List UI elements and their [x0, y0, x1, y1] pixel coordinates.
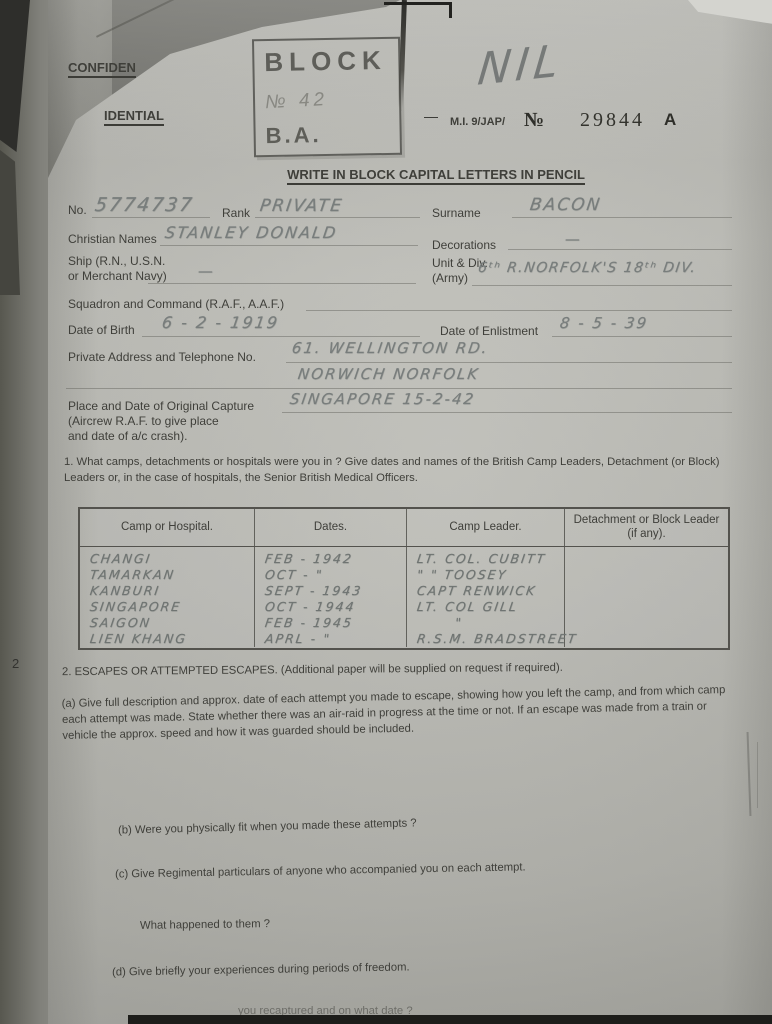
- field-decorations-value: —: [564, 230, 584, 248]
- form-line: [508, 249, 732, 250]
- instruction-text: WRITE IN BLOCK CAPITAL LETTERS IN PENCIL: [287, 167, 585, 185]
- classification-header-top: CONFIDEN: [68, 60, 136, 76]
- camp-cell: KANBURI: [89, 583, 255, 598]
- paper-fold-mark: [757, 742, 758, 808]
- nil-pencil-annotation: NIL: [476, 35, 566, 96]
- field-no-label: No.: [68, 203, 87, 218]
- form-line: [148, 283, 416, 284]
- classification-header-bottom: IDENTIAL: [104, 108, 164, 124]
- leader-cell: R.S.M. BRADSTREET: [416, 631, 565, 646]
- column-leaders: LT. COL. CUBITT " " TOOSEY CAPT RENWICK …: [407, 547, 565, 647]
- header-detachment-leader: Detachment or Block Leader (if any).: [565, 509, 728, 546]
- underlying-page-line: [449, 2, 452, 18]
- field-rank-value: PRIVATE: [259, 196, 345, 216]
- stamp-line-3: B.A.: [265, 121, 389, 149]
- dates-cell: OCT - 1944: [264, 599, 407, 614]
- form-line: [282, 412, 732, 413]
- field-rank-label: Rank: [222, 206, 250, 221]
- question-2c2-text: What happened to them ?: [140, 917, 270, 933]
- dates-cell: OCT - ": [264, 567, 407, 582]
- leader-cell: " " TOOSEY: [416, 567, 565, 582]
- classification-text: CONFIDEN: [68, 60, 136, 78]
- form-line: [66, 388, 732, 389]
- capture-label-line1: Place and Date of Original Capture: [68, 399, 254, 413]
- leader-cell: LT. COL GILL: [416, 599, 565, 614]
- form-line: [255, 217, 420, 218]
- block-stamp: BLOCK № 42 B.A.: [252, 37, 402, 158]
- camps-table: Camp or Hospital. Dates. Camp Leader. De…: [78, 507, 730, 650]
- capture-label-line2: (Aircrew R.A.F. to give place: [68, 414, 219, 428]
- dates-cell: FEB - 1945: [264, 615, 407, 630]
- field-ship-label: Ship (R.N., U.S.N. or Merchant Navy): [68, 254, 167, 284]
- capture-label-line3: and date of a/c crash).: [68, 429, 187, 443]
- field-address-label: Private Address and Telephone No.: [68, 350, 256, 365]
- form-line: [306, 310, 732, 311]
- field-christian-names-value: STANLEY DONALD: [164, 223, 339, 242]
- field-no-value: 5774737: [93, 194, 195, 216]
- leader-cell: LT. COL. CUBITT: [416, 551, 565, 566]
- form-line: [472, 285, 732, 286]
- field-surname-label: Surname: [432, 206, 481, 221]
- field-squadron-label: Squadron and Command (R.A.F., A.A.F.): [68, 297, 284, 312]
- question-1-text: 1. What camps, detachments or hospitals …: [64, 455, 732, 487]
- field-dob-label: Date of Birth: [68, 323, 135, 338]
- serial-suffix: A: [664, 109, 676, 130]
- field-ship-value: —: [197, 262, 217, 280]
- field-capture-label: Place and Date of Original Capture (Airc…: [68, 399, 254, 444]
- field-enlistment-label: Date of Enlistment: [440, 324, 538, 339]
- camp-cell: SINGAPORE: [89, 599, 255, 614]
- field-enlistment-value: 8 - 5 - 39: [559, 314, 650, 332]
- dash-mark: —: [424, 108, 438, 126]
- stamp-line-1: BLOCK: [264, 45, 389, 78]
- underlying-page-number: 2: [12, 656, 19, 671]
- ship-label-line2: or Merchant Navy): [68, 269, 167, 283]
- instruction-title: WRITE IN BLOCK CAPITAL LETTERS IN PENCIL: [240, 167, 632, 183]
- camp-cell: CHANGI: [89, 551, 255, 566]
- camp-cell: LIEN KHANG: [89, 631, 255, 646]
- mi-reference: M.I. 9/JAP/: [450, 116, 505, 130]
- camps-table-header: Camp or Hospital. Dates. Camp Leader. De…: [80, 509, 728, 547]
- form-line: [92, 217, 210, 218]
- form-line: [142, 336, 420, 337]
- form-line: [552, 336, 732, 337]
- form-line: [160, 245, 418, 246]
- scan-edge-bar: [128, 1015, 772, 1024]
- underlying-page-line: [384, 2, 452, 5]
- field-surname-value: BACON: [529, 195, 603, 215]
- leader-cell: CAPT RENWICK: [416, 583, 565, 598]
- field-address-value-line1: 61. WELLINGTON RD.: [291, 339, 490, 357]
- header-dates: Dates.: [255, 509, 407, 546]
- field-capture-value: SINGAPORE 15-2-42: [289, 390, 477, 408]
- field-christian-names-label: Christian Names: [68, 232, 157, 247]
- form-line: [512, 217, 732, 218]
- serial-number: 29844: [580, 108, 645, 133]
- stamp-line-2: № 42: [265, 85, 390, 113]
- no-symbol: №: [524, 108, 544, 133]
- field-unit-div-value: 6ᵗʰ R.NORFOLK'S 18ᵗʰ DIV.: [477, 260, 698, 276]
- header-camp-leader: Camp Leader.: [407, 509, 565, 546]
- header-camp-or-hospital: Camp or Hospital.: [80, 509, 255, 546]
- camps-table-body: CHANGI TAMARKAN KANBURI SINGAPORE SAIGON…: [80, 547, 728, 647]
- scanned-document: 2 CONFIDEN IDENTIAL BLOCK № 42 B.A. NIL …: [0, 0, 772, 1024]
- field-decorations-label: Decorations: [432, 238, 496, 253]
- classification-text: IDENTIAL: [104, 108, 164, 126]
- dates-cell: SEPT - 1943: [264, 583, 407, 598]
- field-address-value-line2: NORWICH NORFOLK: [297, 365, 481, 383]
- column-camps: CHANGI TAMARKAN KANBURI SINGAPORE SAIGON…: [80, 547, 255, 647]
- dates-cell: APRL - ": [264, 631, 407, 646]
- ship-label-line1: Ship (R.N., U.S.N.: [68, 254, 165, 268]
- form-line: [286, 362, 732, 363]
- camp-cell: SAIGON: [89, 615, 255, 630]
- column-detachment: [565, 547, 728, 647]
- unit-label-line2: (Army): [432, 271, 468, 285]
- camp-cell: TAMARKAN: [89, 567, 255, 582]
- dates-cell: FEB - 1942: [264, 551, 407, 566]
- field-dob-value: 6 - 2 - 1919: [161, 313, 281, 332]
- leader-cell: ": [416, 615, 565, 630]
- column-dates: FEB - 1942 OCT - " SEPT - 1943 OCT - 194…: [255, 547, 407, 647]
